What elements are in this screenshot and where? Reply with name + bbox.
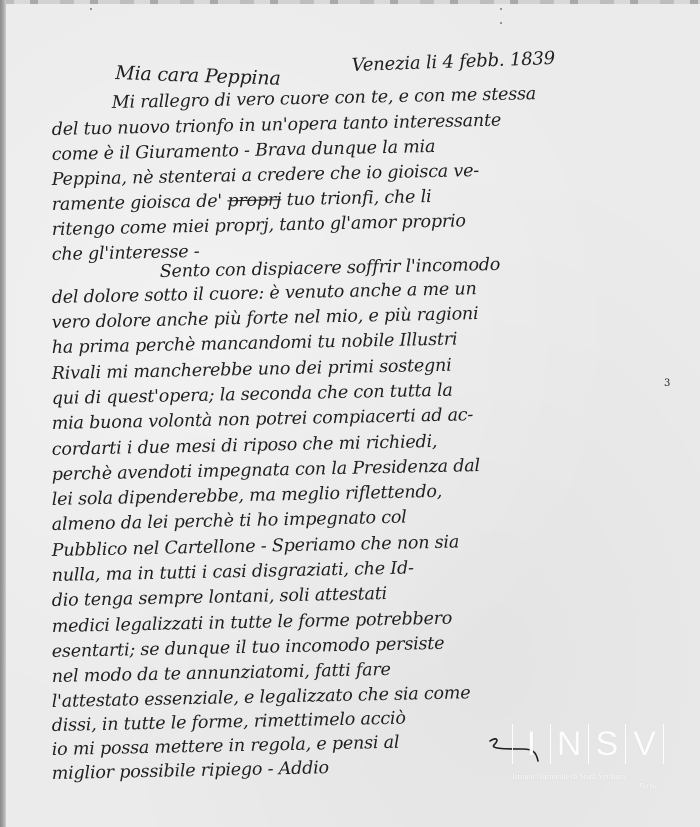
- watermark-caption: Istituto Nazionale di Studi Verdiani: [512, 772, 664, 782]
- paper-speck: [500, 22, 502, 24]
- watermark-letter: I: [513, 724, 551, 764]
- paper-speck: [500, 8, 502, 10]
- watermark-logo: I N S V: [512, 724, 664, 764]
- struck-word: proprj: [227, 190, 281, 211]
- watermark-subcaption: Parma: [512, 782, 664, 791]
- scan-top-edge: [0, 0, 700, 4]
- scan-left-edge: [0, 0, 6, 827]
- letter-line-end: tuo trionfi, che li: [281, 187, 432, 210]
- letter-line-start: ramente gioisca de': [52, 191, 228, 215]
- watermark-letter: N: [551, 724, 589, 764]
- place-date: Venezia li 4 febb. 1839: [351, 48, 555, 76]
- letter-page: Venezia li 4 febb. 1839 Mia cara Peppina…: [0, 0, 700, 827]
- salutation: Mia cara Peppina: [115, 62, 281, 90]
- insv-watermark: I N S V Istituto Nazionale di Studi Verd…: [512, 724, 664, 784]
- watermark-letter: S: [589, 724, 627, 764]
- paper-speck: [90, 8, 92, 10]
- page-number-mark: 3: [664, 378, 670, 389]
- watermark-letter: V: [626, 724, 664, 764]
